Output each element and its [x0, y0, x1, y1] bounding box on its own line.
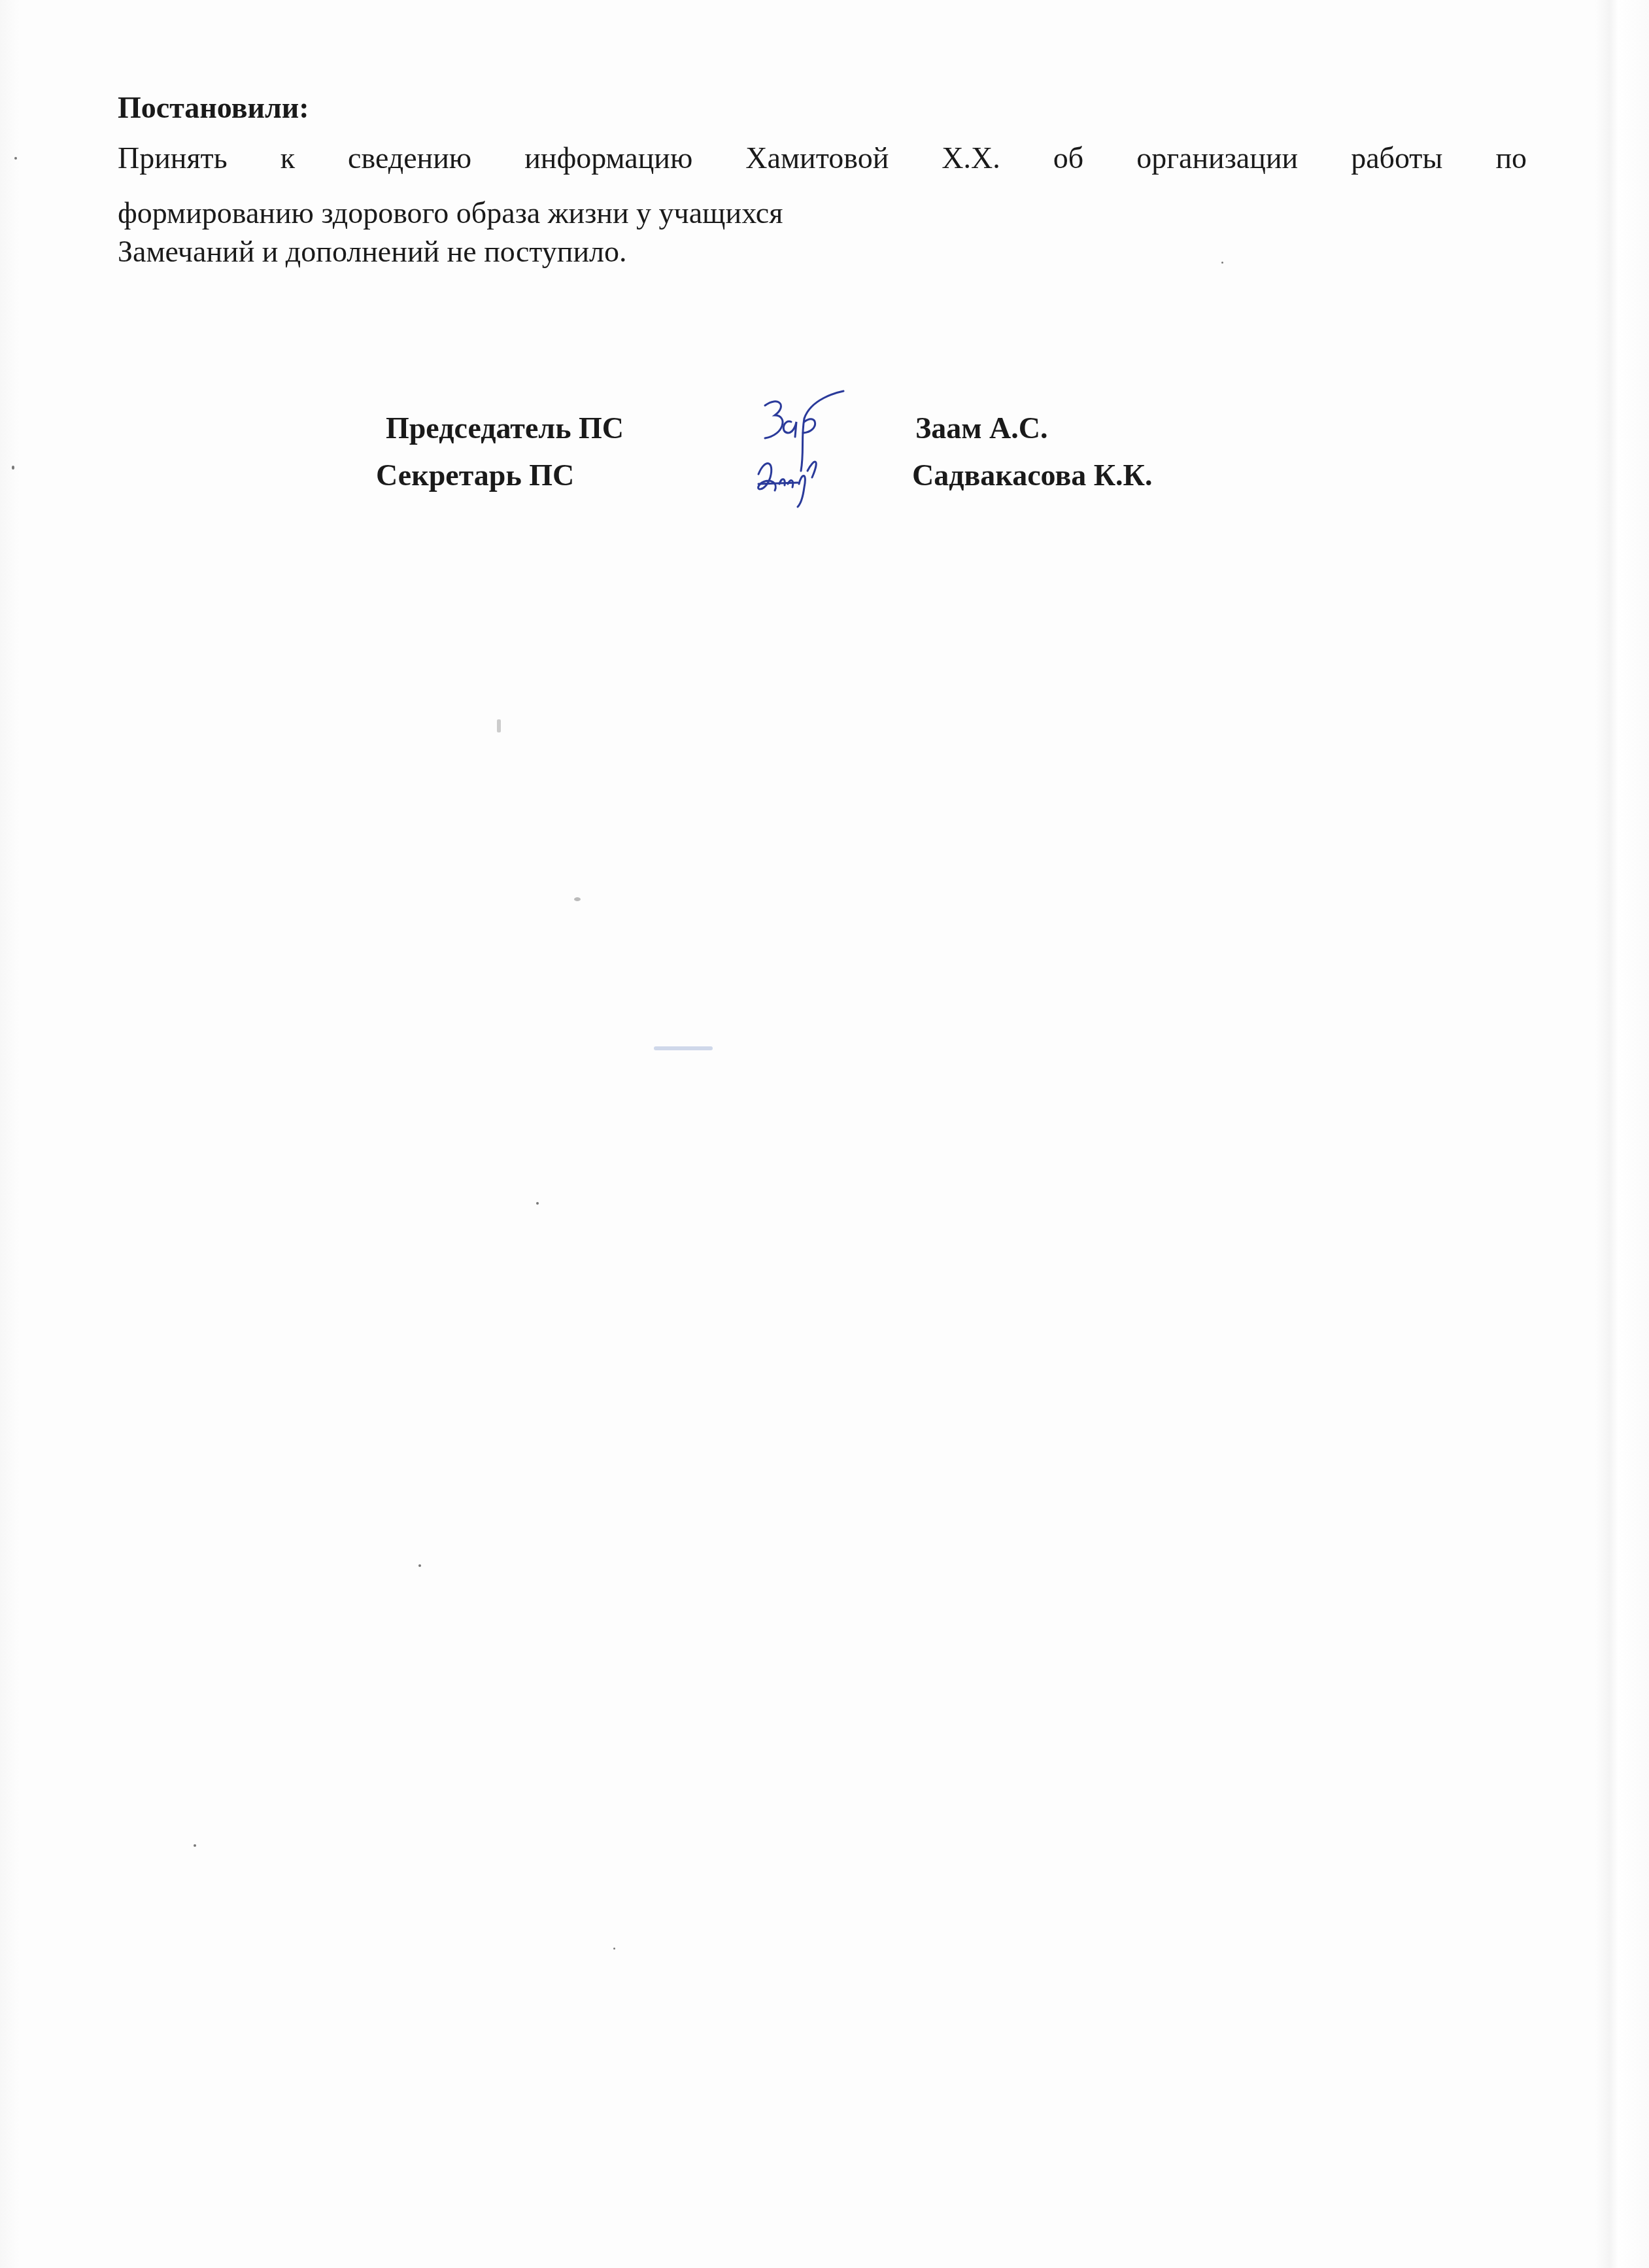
- scan-speck: [14, 157, 17, 160]
- secretary-label: Секретарь ПС: [376, 458, 574, 492]
- scanned-page: Постановили: Принять к сведению информац…: [0, 0, 1649, 2268]
- scan-speck: [613, 1948, 615, 1950]
- scan-speck: [497, 719, 501, 732]
- chairman-name: Заам А.С.: [915, 411, 1048, 445]
- resolution-heading: Постановили:: [118, 90, 309, 125]
- no-remarks-note: Замечаний и дополнений не поступило.: [118, 234, 627, 269]
- scan-speck: [12, 466, 14, 470]
- secretary-name: Садвакасова К.К.: [912, 458, 1152, 492]
- paragraph-line-1: Принять к сведению информацию Хамитовой …: [118, 131, 1527, 186]
- scan-speck: [418, 1564, 421, 1567]
- scan-speck: [194, 1844, 196, 1847]
- scan-speck: [536, 1202, 539, 1205]
- chairman-label: Председатель ПС: [386, 411, 624, 445]
- scan-speck: [574, 897, 581, 901]
- scan-speck: [1221, 262, 1223, 264]
- paragraph-line-2: формированию здорового образа жизни у уч…: [118, 186, 1527, 241]
- resolution-paragraph: Принять к сведению информацию Хамитовой …: [118, 131, 1527, 241]
- scan-speck: [654, 1046, 713, 1050]
- handwritten-signature-icon: [739, 386, 857, 510]
